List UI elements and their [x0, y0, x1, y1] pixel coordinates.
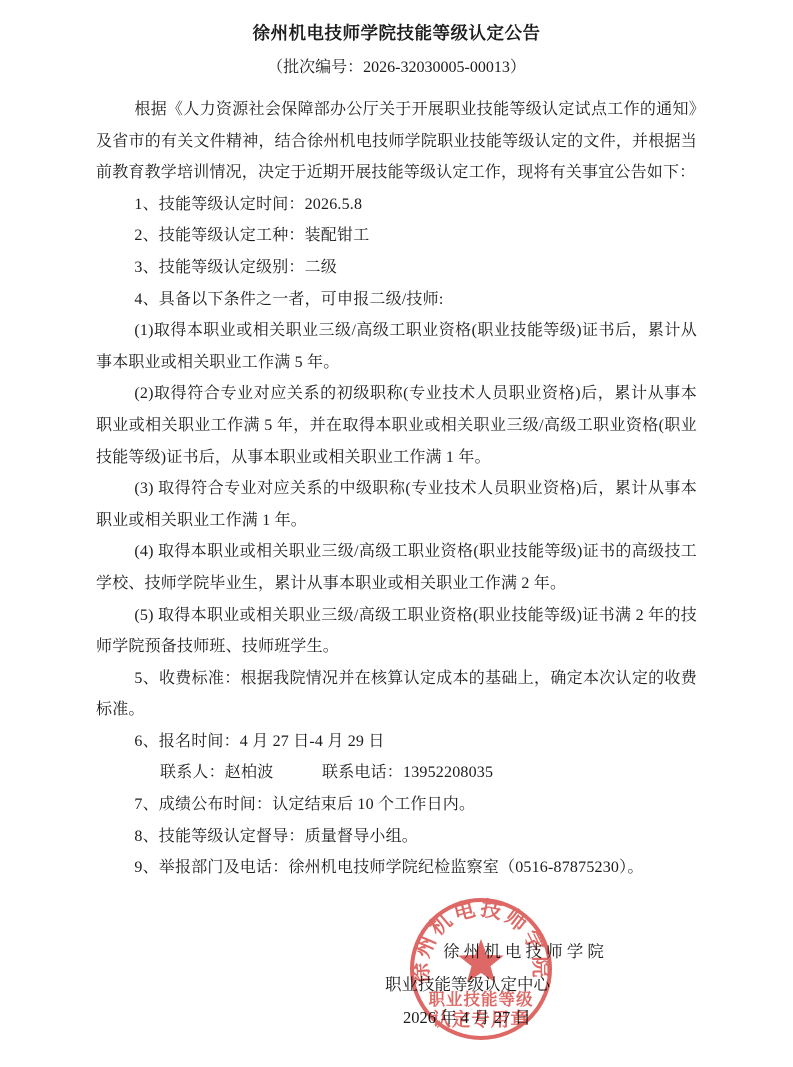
list-item: 8、技能等级认定督导：质量督导小组。: [96, 821, 697, 853]
list-item: 4、具备以下条件之一者，可申报二级/技师:: [96, 284, 697, 316]
list-item: (2)取得符合专业对应关系的初级职称(专业技术人员职业资格)后，累计从事本职业或…: [96, 378, 697, 473]
document-page: 徐州机电技师学院技能等级认定公告 （批次编号：2026-32030005-000…: [0, 0, 793, 1067]
document-title: 徐州机电技师学院技能等级认定公告: [96, 20, 697, 46]
signature-org-line1: 徐 州 机 电 技 师 学 院: [443, 941, 604, 963]
intro-paragraph: 根据《人力资源社会保障部办公厅关于开展职业技能等级认定试点工作的通知》及省市的有…: [96, 94, 697, 189]
list-item: 5、收费标准：根据我院情况并在核算认定成本的基础上，确定本次认定的收费标准。: [96, 663, 697, 726]
list-item: (5) 取得本职业或相关职业三级/高级工职业资格(职业技能等级)证书满 2 年的…: [96, 600, 697, 663]
list-item: 6、报名时间：4 月 27 日-4 月 29 日: [96, 726, 697, 758]
list-item: 9、举报部门及电话：徐州机电技师学院纪检监察室（0516-87875230）。: [96, 852, 697, 884]
list-item: (4) 取得本职业或相关职业三级/高级工职业资格(职业技能等级)证书的高级技工学…: [96, 536, 697, 599]
signature-org-line2: 职业技能等级认定中心: [385, 974, 550, 996]
list-item: (1)取得本职业或相关职业三级/高级工职业资格(职业技能等级)证书后，累计从事本…: [96, 315, 697, 378]
list-item: 1、技能等级认定时间：2026.5.8: [96, 189, 697, 221]
signature-date: 2026 年 4 月 27 日: [403, 1007, 531, 1029]
batch-number: （批次编号：2026-32030005-00013）: [96, 56, 697, 80]
list-item: 7、成绩公布时间：认定结束后 10 个工作日内。: [96, 789, 697, 821]
list-item: 3、技能等级认定级别：二级: [96, 252, 697, 284]
contact-line: 联系人：赵柏波 联系电话：13952208035: [96, 757, 697, 789]
document-body: 根据《人力资源社会保障部办公厅关于开展职业技能等级认定试点工作的通知》及省市的有…: [96, 94, 697, 884]
list-item: 2、技能等级认定工种：装配钳工: [96, 220, 697, 252]
list-item: (3) 取得符合专业对应关系的中级职称(专业技术人员职业资格)后，累计从事本职业…: [96, 473, 697, 536]
